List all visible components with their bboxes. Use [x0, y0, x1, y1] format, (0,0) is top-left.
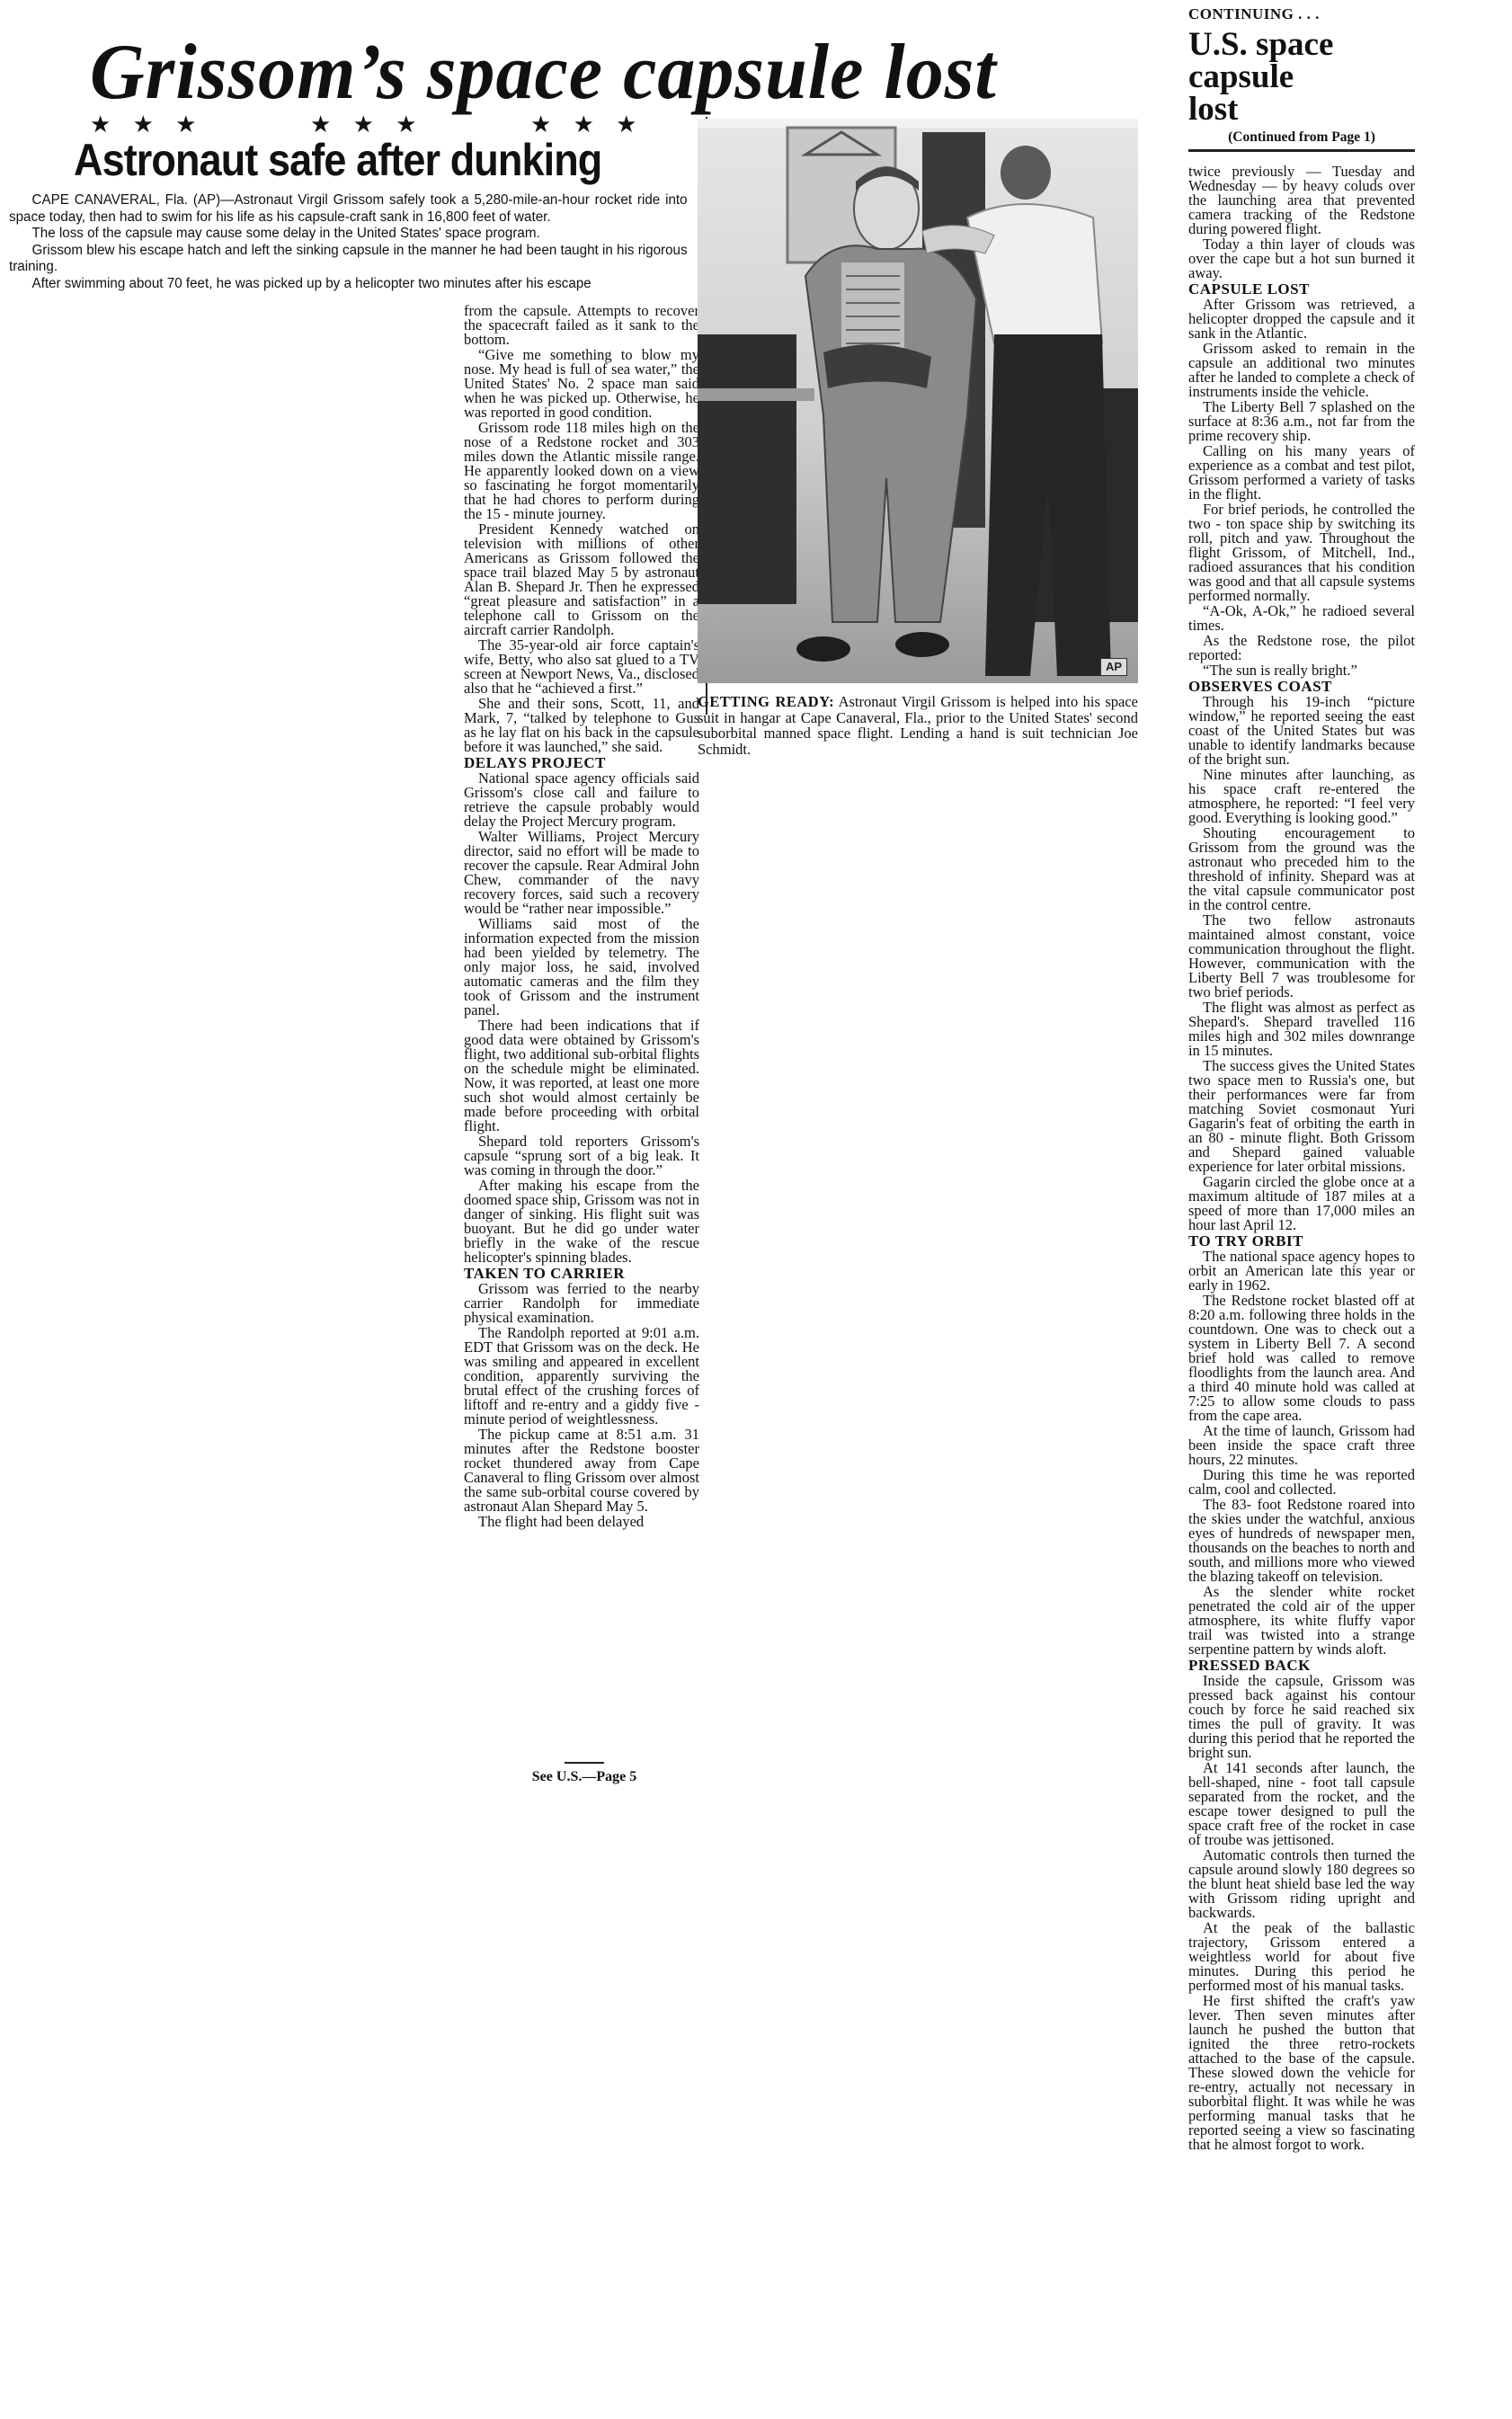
main-story-column: from the capsule. Attempts to recover th… — [464, 304, 699, 1530]
article-paragraph: from the capsule. Attempts to recover th… — [464, 304, 699, 347]
subheadline: Astronaut safe after dunking — [74, 133, 575, 187]
article-paragraph: Grissom rode 118 miles high on the nose … — [464, 421, 699, 521]
article-paragraph: Automatic controls then turned the capsu… — [1188, 1848, 1415, 1920]
article-paragraph: After Grissom was retrieved, a helicopte… — [1188, 298, 1415, 341]
article-paragraph: Today a thin layer of clouds was over th… — [1188, 237, 1415, 280]
article-paragraph: “Give me something to blow my nose. My h… — [464, 348, 699, 420]
article-paragraph: During this time he was reported calm, c… — [1188, 1468, 1415, 1497]
article-paragraph: The 83- foot Redstone roared into the sk… — [1188, 1498, 1415, 1584]
article-paragraph: Grissom was ferried to the nearby carrie… — [464, 1282, 699, 1325]
article-paragraph: The Liberty Bell 7 splashed on the surfa… — [1188, 400, 1415, 443]
section-subhead: TAKEN TO CARRIER — [464, 1267, 699, 1281]
main-headline: Grissom’s space capsule lost — [90, 25, 1061, 120]
continuation-column: CONTINUING . . . U.S. space capsule lost… — [1188, 5, 1431, 2153]
article-paragraph: The success gives the United States two … — [1188, 1059, 1415, 1174]
continuation-rule — [1188, 149, 1415, 152]
article-paragraph: The Redstone rocket blasted off at 8:20 … — [1188, 1294, 1415, 1423]
continued-from-label: (Continued from Page 1) — [1188, 129, 1415, 146]
article-paragraph: The national space agency hopes to orbit… — [1188, 1250, 1415, 1293]
continuing-kicker: CONTINUING . . . — [1188, 5, 1431, 23]
jump-line-rule — [565, 1762, 604, 1764]
article-paragraph: The pickup came at 8:51 a.m. 31 minutes … — [464, 1427, 699, 1514]
section-subhead: OBSERVES COAST — [1188, 680, 1415, 694]
article-paragraph: Grissom asked to remain in the capsule a… — [1188, 342, 1415, 399]
article-paragraph: The two fellow astronauts maintained alm… — [1188, 913, 1415, 1000]
article-paragraph: She and their sons, Scott, 11, and Mark,… — [464, 697, 699, 754]
jump-line-text: See U.S.—Page 5 — [532, 1769, 636, 1784]
article-paragraph: After making his escape from the doomed … — [464, 1178, 699, 1265]
article-paragraph: “The sun is really bright.” — [1188, 663, 1415, 678]
lead-paragraphs: CAPE CANAVERAL, Fla. (AP)—Astronaut Virg… — [9, 192, 688, 292]
article-paragraph: Nine minutes after launching, as his spa… — [1188, 768, 1415, 825]
article-paragraph: The 35-year-old air force captain's wife… — [464, 638, 699, 696]
article-paragraph: Gagarin circled the globe once at a maxi… — [1188, 1175, 1415, 1232]
section-subhead: DELAYS PROJECT — [464, 756, 699, 770]
lead-paragraph: Grissom blew his escape hatch and left t… — [9, 243, 688, 276]
article-paragraph: As the Redstone rose, the pilot reported… — [1188, 634, 1415, 663]
article-paragraph: “A-Ok, A-Ok,” he radioed several times. — [1188, 604, 1415, 633]
article-paragraph: Williams said most of the information ex… — [464, 917, 699, 1018]
continuation-body: twice previously — Tuesday and Wednesday… — [1188, 165, 1415, 2152]
article-paragraph: At the time of launch, Grissom had been … — [1188, 1424, 1415, 1467]
article-paragraph: Inside the capsule, Grissom was pressed … — [1188, 1674, 1415, 1760]
news-photo: AP — [698, 119, 1138, 683]
article-paragraph: At 141 seconds after launch, the bell-sh… — [1188, 1761, 1415, 1847]
lead-paragraph: CAPE CANAVERAL, Fla. (AP)—Astronaut Virg… — [9, 192, 688, 226]
continuation-headline: U.S. space capsule lost — [1188, 29, 1341, 126]
ap-credit-mark: AP — [1100, 658, 1127, 676]
article-paragraph: There had been indications that if good … — [464, 1018, 699, 1134]
article-paragraph: Calling on his many years of experience … — [1188, 444, 1415, 502]
article-paragraph: President Kennedy watched on television … — [464, 522, 699, 637]
article-paragraph: For brief periods, he controlled the two… — [1188, 502, 1415, 603]
article-paragraph: As the slender white rocket penetrated t… — [1188, 1585, 1415, 1657]
caption-lead: GETTING READY: — [698, 693, 834, 710]
section-subhead: PRESSED BACK — [1188, 1659, 1415, 1673]
section-subhead: CAPSULE LOST — [1188, 282, 1415, 297]
article-paragraph: He first shifted the craft's yaw lever. … — [1188, 1994, 1415, 2152]
lead-paragraph: After swimming about 70 feet, he was pic… — [9, 276, 688, 293]
article-paragraph: Shouting encouragement to Grissom from t… — [1188, 826, 1415, 912]
section-subhead: TO TRY ORBIT — [1188, 1234, 1415, 1249]
article-paragraph: The flight had been delayed — [464, 1515, 699, 1529]
article-paragraph: Walter Williams, Project Mercury directo… — [464, 830, 699, 916]
photo-caption: GETTING READY: Astronaut Virgil Grissom … — [698, 694, 1138, 757]
lead-paragraph: The loss of the capsule may cause some d… — [9, 226, 688, 243]
article-paragraph: Shepard told reporters Grissom's capsule… — [464, 1134, 699, 1178]
article-paragraph: The Randolph reported at 9:01 a.m. EDT t… — [464, 1326, 699, 1427]
article-paragraph: At the peak of the ballastic trajectory,… — [1188, 1921, 1415, 1993]
article-paragraph: twice previously — Tuesday and Wednesday… — [1188, 165, 1415, 236]
article-paragraph: The flight was almost as perfect as Shep… — [1188, 1001, 1415, 1058]
article-paragraph: Through his 19-inch “picture window,” he… — [1188, 695, 1415, 767]
article-paragraph: National space agency officials said Gri… — [464, 771, 699, 829]
jump-line[interactable]: See U.S.—Page 5 — [512, 1762, 656, 1785]
photo-illustration — [698, 119, 1138, 683]
